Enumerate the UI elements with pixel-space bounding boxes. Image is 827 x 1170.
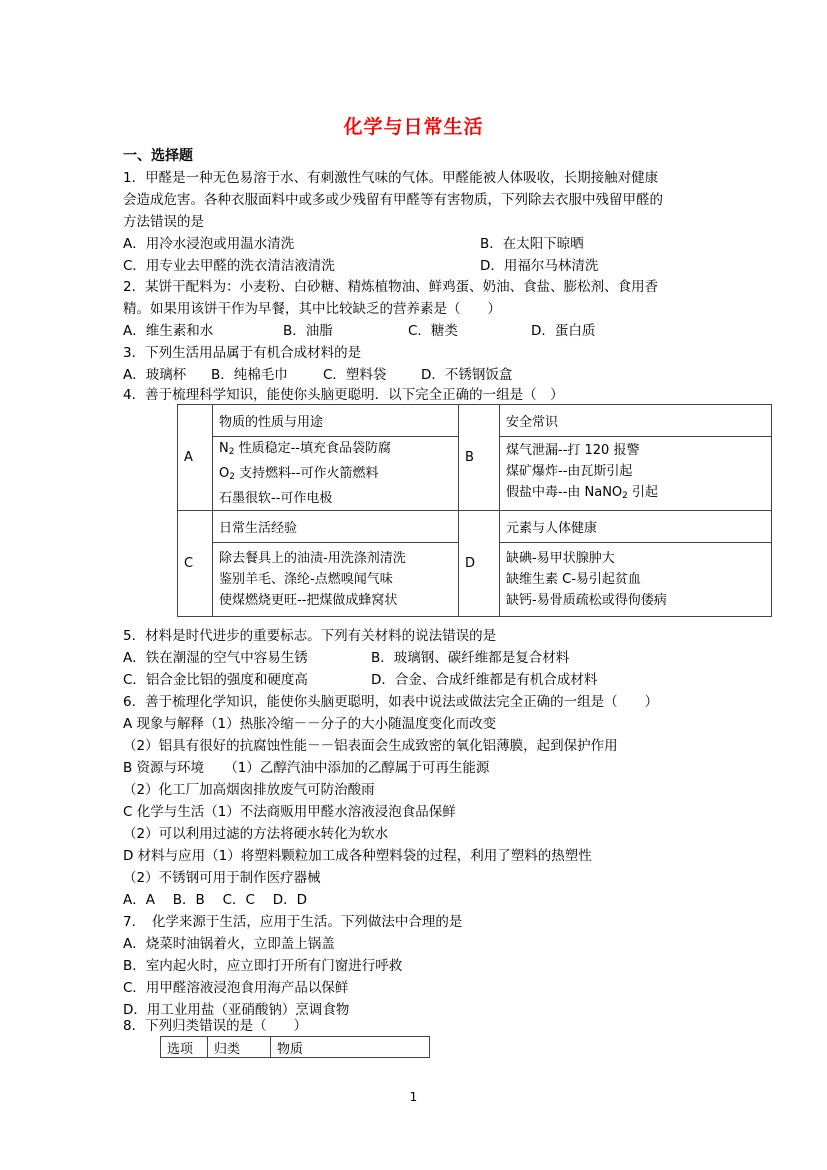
- q6-text-line: B 资源与环境 （1）乙醇汽油中添加的乙醇属于可再生能源: [123, 758, 489, 778]
- q4-body-a: N2 性质稳定--填充食品袋防腐 O2 支持燃料--可作火箭燃料 石墨很软--可…: [213, 437, 459, 511]
- q6-text-line: D 材料与应用（1）将塑料颗粒加工成各种塑料袋的过程，利用了塑料的热塑性: [123, 846, 592, 866]
- q1-option-a: A．用冷水浸泡或用温水清洗: [123, 234, 294, 254]
- q5-option-a: A．铁在潮湿的空气中容易生锈: [123, 648, 308, 668]
- document-title: 化学与日常生活: [0, 112, 827, 139]
- q6-options-line: A．A B．B C．C D．D: [123, 890, 307, 910]
- q5-text-line: 5．材料是时代进步的重要标志。下列有关材料的说法错误的是: [123, 626, 496, 646]
- q3-text-line: 3．下列生活用品属于有机合成材料的是: [123, 343, 361, 363]
- q2-option-a: A．维生素和水: [123, 321, 213, 341]
- q1-option-b: B．在太阳下晾晒: [480, 234, 584, 254]
- q4-body-c: 除去餐具上的油渍-用洗涤剂清洗 鉴别羊毛、涤纶-点燃嗅闻气味 使煤燃烧更旺--把…: [213, 543, 459, 617]
- q5-option-c: C．铝合金比铝的强度和硬度高: [123, 670, 308, 690]
- q2-option-c: C．糖类: [408, 321, 458, 341]
- q5-option-b: B．玻璃钢、碳纤维都是复合材料: [371, 648, 569, 668]
- q2-text-line: 2．某饼干配料为：小麦粉、白砂糖、精炼植物油、鲜鸡蛋、奶油、食盐、膨松剂、食用香: [123, 277, 658, 297]
- q4-header-a: 物质的性质与用途: [213, 405, 459, 437]
- q6-text-line: A 现象与解释（1）热胀冷缩－－分子的大小随温度变化而改变: [123, 714, 496, 734]
- page-number: 1: [0, 1090, 827, 1104]
- q8-header-substance: 物质: [271, 1037, 430, 1058]
- q2-option-b: B．油脂: [283, 321, 333, 341]
- q1-text-line: 会造成危害。各种衣服面料中或多或少残留有甲醛等有害物质，下列除去衣服中残留甲醛的: [123, 190, 663, 210]
- section-heading: 一、选择题: [123, 146, 193, 166]
- q8-table: 选项 归类 物质: [160, 1036, 430, 1058]
- q1-text-line: 1．甲醛是一种无色易溶于水、有刺激性气味的气体。甲醛能被人体吸收，长期接触对健康: [123, 168, 658, 188]
- q1-option-c: C．用专业去甲醛的洗衣清洁液清洗: [123, 256, 335, 276]
- q7-option-a: A．烧菜时油锅着火，立即盖上锅盖: [123, 934, 335, 954]
- q2-option-d: D．蛋白质: [531, 321, 595, 341]
- q4-header-d: 元素与人体健康: [500, 511, 772, 543]
- q4-body-b: 煤气泄漏--打 120 报警 煤矿爆炸--由瓦斯引起 假盐中毒--由 NaNO2…: [500, 437, 772, 511]
- q4-text-line: 4．善于梳理科学知识，能使你头脑更聪明．以下完全正确的一组是（ ）: [123, 385, 564, 405]
- q6-text-line: 6．善于梳理化学知识，能使你头脑更聪明，如表中说法或做法完全正确的一组是（ ）: [123, 692, 658, 712]
- q4-label-d: D: [459, 511, 500, 617]
- q4-label-b: B: [459, 405, 500, 511]
- q1-option-d: D．用福尔马林清洗: [480, 256, 598, 276]
- q8-header-category: 归类: [208, 1037, 271, 1058]
- q4-body-d: 缺碘-易甲状腺肿大 缺维生素 C-易引起贫血 缺钙-易骨质疏松或得佝偻病: [500, 543, 772, 617]
- q2-text-line: 精。如果用该饼干作为早餐，其中比较缺乏的营养素是（ ）: [123, 299, 501, 319]
- q7-option-b: B．室内起火时，应立即打开所有门窗进行呼救: [123, 956, 402, 976]
- q4-header-b: 安全常识: [500, 405, 772, 437]
- q3-option-b: B．纯棉毛巾: [211, 365, 288, 385]
- q4-table: A 物质的性质与用途 B 安全常识 N2 性质稳定--填充食品袋防腐 O2 支持…: [177, 404, 772, 617]
- q1-text-line: 方法错误的是: [123, 212, 204, 232]
- q6-text-line: （2）铝具有很好的抗腐蚀性能－－铝表面会生成致密的氧化铝薄膜，起到保护作用: [123, 736, 618, 756]
- q3-option-c: C．塑料袋: [323, 365, 386, 385]
- q4-header-c: 日常生活经验: [213, 511, 459, 543]
- q4-label-a: A: [178, 405, 213, 511]
- q6-text-line: （2）不锈钢可用于制作医疗器械: [123, 868, 321, 888]
- q6-text-line: C 化学与生活（1）不法商贩用甲醛水溶液浸泡食品保鲜: [123, 802, 456, 822]
- q4-label-c: C: [178, 511, 213, 617]
- q3-option-a: A．玻璃杯: [123, 365, 186, 385]
- q3-option-d: D．不锈钢饭盒: [421, 365, 512, 385]
- q6-text-line: （2）可以利用过滤的方法将硬水转化为软水: [123, 824, 388, 844]
- q8-text-line: 8．下列归类错误的是（ ）: [123, 1016, 307, 1036]
- document-page: 化学与日常生活 一、选择题 1．甲醛是一种无色易溶于水、有刺激性气味的气体。甲醛…: [0, 0, 827, 1170]
- q8-header-option: 选项: [161, 1037, 208, 1058]
- q5-option-d: D．合金、合成纤维都是有机合成材料: [371, 670, 597, 690]
- q7-option-c: C．用甲醛溶液浸泡食用海产品以保鲜: [123, 978, 348, 998]
- q7-text-line: 7． 化学来源于生活，应用于生活。下列做法中合理的是: [123, 912, 462, 932]
- q6-text-line: （2）化工厂加高烟囱排放废气可防治酸雨: [123, 780, 375, 800]
